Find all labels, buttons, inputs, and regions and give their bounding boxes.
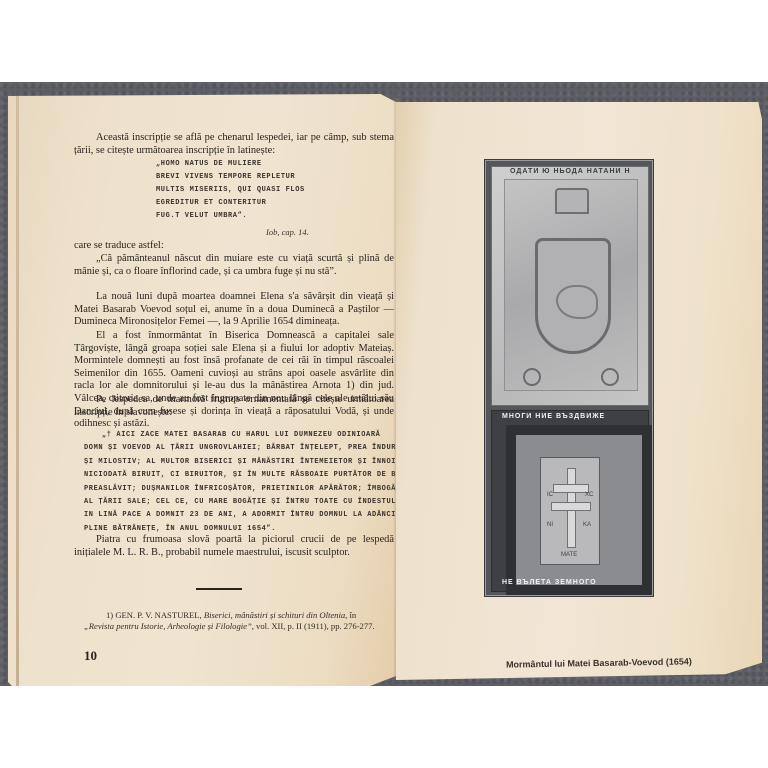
paragraph-slavonic-intro: Pe lespedea de marmoră frumos ornamentat…	[74, 394, 394, 419]
book-photo: Această inscripție se află pe chenarul l…	[0, 82, 768, 686]
figure-caption: Mormântul lui Matei Basarab-Voevod (1654…	[506, 656, 692, 669]
slavonic-line: DOMN ȘI VOEVOD AL ȚĂRII UNGROVLAHIEI; BĂ…	[84, 442, 392, 455]
tombstone-upper-panel: ОДАТИ Ю НЬОДА НАТАНИ Н	[491, 166, 649, 406]
latin-reference: Iob, cap. 14.	[266, 226, 309, 239]
slavonic-line: IN LINĂ PACE A DOMNIT 23 DE ANI, A ADORM…	[84, 509, 392, 522]
paragraph-death: La nouă luni după moartea doamnei Elena …	[74, 291, 394, 329]
cross-arm	[551, 502, 591, 511]
crown-icon	[555, 188, 589, 214]
slavonic-line: ȘI MILOSTIV; AL MULTOR BISERICI ȘI MÂNĂS…	[84, 456, 392, 469]
tombstone-lower-panel: МНОГИ НИЕ ВЪЗДВИЖЕ IC XC NI KA MATE НЕ В…	[491, 410, 649, 592]
border-inscription-top: ОДАТИ Ю НЬОДА НАТАНИ Н	[510, 168, 631, 175]
footnote-journal: „Revista pentru Istorie, Arheologie și F…	[84, 621, 254, 631]
footnote-marker: 1)	[84, 610, 113, 620]
page-number-right: 11	[696, 674, 708, 686]
translation-intro: care se traduce astfel:	[74, 240, 394, 253]
latin-line: MULTIS MISERIIS, QUI QUASI FLOS	[156, 184, 356, 197]
cross-panel: IC XC NI KA MATE	[540, 457, 600, 565]
footnote-details: vol. XII, p. II (1911), pp. 276-277.	[256, 621, 375, 631]
cross-label: KA	[583, 522, 591, 528]
slavonic-inscription: „† AICI ZACE MATEI BASARAB CU HARUL LUI …	[84, 429, 392, 536]
raven-icon	[556, 285, 598, 319]
cross-label: NI	[547, 522, 553, 528]
right-page: ОДАТИ Ю НЬОДА НАТАНИ Н МНОГИ НИЕ ВЪЗДВИЖ…	[396, 102, 762, 680]
cross-label: IC	[547, 492, 553, 498]
slavonic-line: PREASLĂVIT; DUȘMANILOR ÎNFRICOȘĂTOR, PRI…	[84, 483, 392, 496]
latin-line: FUG.T VELUT UMBRA”.	[156, 210, 356, 223]
ornament-wheel-icon	[601, 368, 619, 386]
cross-label: MATE	[561, 552, 577, 558]
shield-icon	[535, 238, 611, 354]
translation-text: „Că pământeanul născut din muiare este c…	[74, 253, 394, 278]
page-number-left: 10	[84, 650, 97, 663]
slavonic-line: „† AICI ZACE MATEI BASARAB CU HARUL LUI …	[84, 429, 392, 442]
cross-arm	[553, 484, 589, 493]
latin-inscription: „HOMO NATUS DE MULIERE BREVI VIVENS TEMP…	[156, 158, 356, 223]
latin-line: EGREDITUR ET CONTERITUR	[156, 197, 356, 210]
slavonic-line: AL ȚĂRII SALE; CEL CE, CU MARE BOGĂȚIE Ș…	[84, 496, 392, 509]
latin-line: „HOMO NATUS DE MULIERE	[156, 158, 356, 171]
lower-inscription-top: МНОГИ НИЕ ВЪЗДВИЖЕ	[502, 413, 605, 420]
coat-of-arms-panel	[504, 179, 638, 391]
footnote-author: GEN. P. V. NASTUREL,	[115, 610, 201, 620]
latin-line: BREVI VIVENS TEMPORE REPLETUR	[156, 171, 356, 184]
ornament-wheel-icon	[523, 368, 541, 386]
footnote: 1) GEN. P. V. NASTUREL, Biserici, mânăst…	[84, 610, 384, 633]
footnote-title: Biserici, mânăstiri și schituri din Olte…	[204, 610, 347, 620]
intro-paragraph: Această inscripție se află pe chenarul l…	[74, 132, 394, 157]
left-page: Această inscripție se află pe chenarul l…	[8, 94, 396, 686]
cross-label: XC	[585, 492, 593, 498]
slavonic-line: NICIODATĂ BIRUIT, CI BIRUITOR, ȘI ÎN MUL…	[84, 469, 392, 482]
tombstone-photograph: ОДАТИ Ю НЬОДА НАТАНИ Н МНОГИ НИЕ ВЪЗДВИЖ…	[484, 159, 654, 597]
cross-frame: IC XC NI KA MATE	[506, 425, 652, 595]
footnote-in: în	[349, 610, 356, 620]
lower-inscription-bottom: НЕ ВЪЛЕТА ЗЕМНОГО	[502, 579, 597, 586]
paragraph-sculptor: Piatra cu frumoasa slovă poartă la picio…	[74, 534, 394, 559]
footnote-divider	[196, 588, 242, 590]
